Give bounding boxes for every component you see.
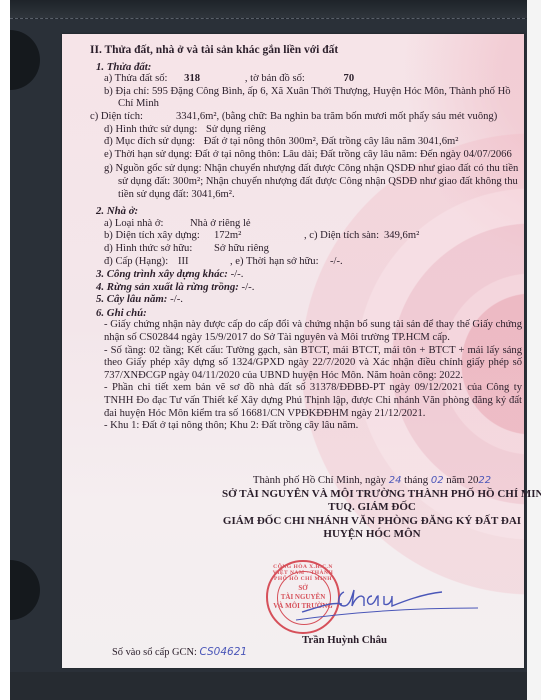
ownership-value: Sở hữu riêng [214,243,269,254]
land-origin-row: g) Nguồn gốc sử dụng: Nhận chuyển nhượng… [104,163,522,201]
signature-block: Thành phố Hồ Chí Minh, ngày 24 tháng 02 … [222,474,522,542]
month-label: tháng [404,474,428,486]
scan-margin-top [10,0,530,19]
scan-margin-bottom [10,672,530,700]
other-works-row: 3. Công trình xây dựng khác: -/-. [96,268,522,281]
parcel-label: a) Thửa đất số: [104,73,168,84]
area-label: c) Diện tích: [104,111,176,124]
forest-value: -/-. [242,281,255,293]
origin-label: g) Nguồn gốc sử dụng: [104,163,202,174]
purpose-label: đ) Mục đích sử dụng: [104,136,195,147]
scan-margin-left [0,0,10,700]
grade-label: đ) Cấp (Hạng): [104,256,178,269]
perennial-row: 5. Cây lâu năm: -/-. [96,293,522,306]
issue-day: 24 [389,475,402,486]
grade-value: III [178,256,230,269]
scan-margin-right [527,0,541,700]
perennial-heading: 5. Cây lâu năm: [96,293,167,305]
parcel-number: 318 [184,73,242,86]
house-ownership-row: d) Hình thức sở hữu:Sở hữu riêng [104,243,522,256]
date-prefix: Thành phố Hồ Chí Minh, ngày [253,474,386,486]
perennial-value: -/-. [170,293,183,305]
authorization-line: TUQ. GIÁM ĐỐC [222,501,522,515]
map-sheet-label: , tờ bản đồ số: [245,73,305,84]
address-label: b) Địa chỉ: [104,86,149,97]
certificate-page: II. Thửa đất, nhà ở và tài sản khác gắn … [62,34,524,668]
purpose-value: Đất ở tại nông thôn 300m², Đất trồng cây… [204,136,459,147]
ownership-term-label: , e) Thời hạn sở hữu: [230,256,330,269]
house-heading: 2. Nhà ở: [96,205,522,218]
certificate-content: II. Thửa đất, nhà ở và tài sản khác gắn … [90,44,522,433]
note-item: - Số tầng: 02 tầng; Kết cấu: Tường gạch,… [104,345,522,383]
term-value: Đất ở tại nông thôn: Lâu dài; Đất trồng … [195,149,512,160]
land-parcel-row: a) Thửa đất số: 318 , tờ bản đồ số: 70 [104,73,522,86]
other-works-value: -/-. [231,268,244,280]
forest-heading: 4. Rừng sản xuất là rừng trồng: [96,281,239,293]
registry-value: CS04621 [199,646,247,658]
map-sheet-number: 70 [344,73,355,84]
area-value: 3341,6m², (bằng chữ: Ba nghìn ba trăm bố… [176,111,497,122]
house-type-row: a) Loại nhà ở:Nhà ở riêng lẻ [104,218,522,231]
handwritten-signature-icon [292,582,482,622]
notes-heading: 6. Ghi chú: [96,307,522,320]
issue-month: 02 [431,475,444,486]
ownership-term-value: -/-. [330,256,343,267]
signer-name: Trần Huỳnh Châu [302,634,387,646]
note-item: - Khu 1: Đất ở tại nông thôn; Khu 2: Đất… [104,420,522,433]
usage-form-value: Sử dụng riêng [206,124,266,135]
build-area-label: b) Diện tích xây dựng: [104,230,214,243]
ownership-label: d) Hình thức sở hữu: [104,243,214,256]
floor-area-value: 349,6m² [384,230,419,241]
build-area-value: 172m² [214,230,304,243]
address-value: 595 Đặng Công Bình, ấp 6, Xã Xuân Thới T… [118,86,511,110]
other-works-heading: 3. Công trình xây dựng khác: [96,268,228,280]
house-type-value: Nhà ở riêng lẻ [190,218,251,229]
issue-year-suffix: 22 [478,475,491,486]
section-title: II. Thửa đất, nhà ở và tài sản khác gắn … [90,44,522,57]
registry-label: Số vào sổ cấp GCN: [112,647,197,658]
land-heading: 1. Thửa đất: [96,61,522,74]
issue-date: Thành phố Hồ Chí Minh, ngày 24 tháng 02 … [222,474,522,488]
scan-artifact [10,30,40,90]
land-term-row: e) Thời hạn sử dụng: Đất ở tại nông thôn… [104,149,522,162]
house-type-label: a) Loại nhà ở: [104,218,190,231]
usage-form-label: d) Hình thức sử dụng: [104,124,197,135]
note-item: - Giấy chứng nhận này được cấp do cấp đổ… [104,319,522,344]
house-area-row: b) Diện tích xây dựng:172m², c) Diện tíc… [104,230,522,243]
note-item: - Phần chi tiết xem bản vẽ sơ đồ nhà đất… [104,382,522,420]
signer-district: HUYỆN HÓC MÔN [222,528,522,542]
land-purpose-row: đ) Mục đích sử dụng: Đất ở tại nông thôn… [104,136,522,149]
term-label: e) Thời hạn sử dụng: [104,149,192,160]
scan-artifact [10,560,40,620]
land-area-row: c) Diện tích:3341,6m², (bằng chữ: Ba ngh… [104,111,522,124]
registry-number: Số vào sổ cấp GCN: CS04621 [112,646,247,658]
floor-area-label: , c) Diện tích sàn: [304,230,384,243]
stamp-ring-text: CỘNG HÒA X.H.C.N VIỆT NAM · THÀNH PHỐ HỒ… [268,564,338,582]
land-address-row: b) Địa chỉ: 595 Đặng Công Bình, ấp 6, Xã… [104,86,522,111]
issuing-department: SỞ TÀI NGUYÊN VÀ MÔI TRƯỜNG THÀNH PHỐ HỒ… [222,488,522,502]
signer-title: GIÁM ĐỐC CHI NHÁNH VĂN PHÒNG ĐĂNG KÝ ĐẤT… [222,515,522,529]
land-usage-form-row: d) Hình thức sử dụng: Sử dụng riêng [104,124,522,137]
house-grade-row: đ) Cấp (Hạng):III, e) Thời hạn sở hữu:-/… [104,256,522,269]
year-prefix: năm 20 [446,474,478,486]
forest-row: 4. Rừng sản xuất là rừng trồng: -/-. [96,281,522,294]
